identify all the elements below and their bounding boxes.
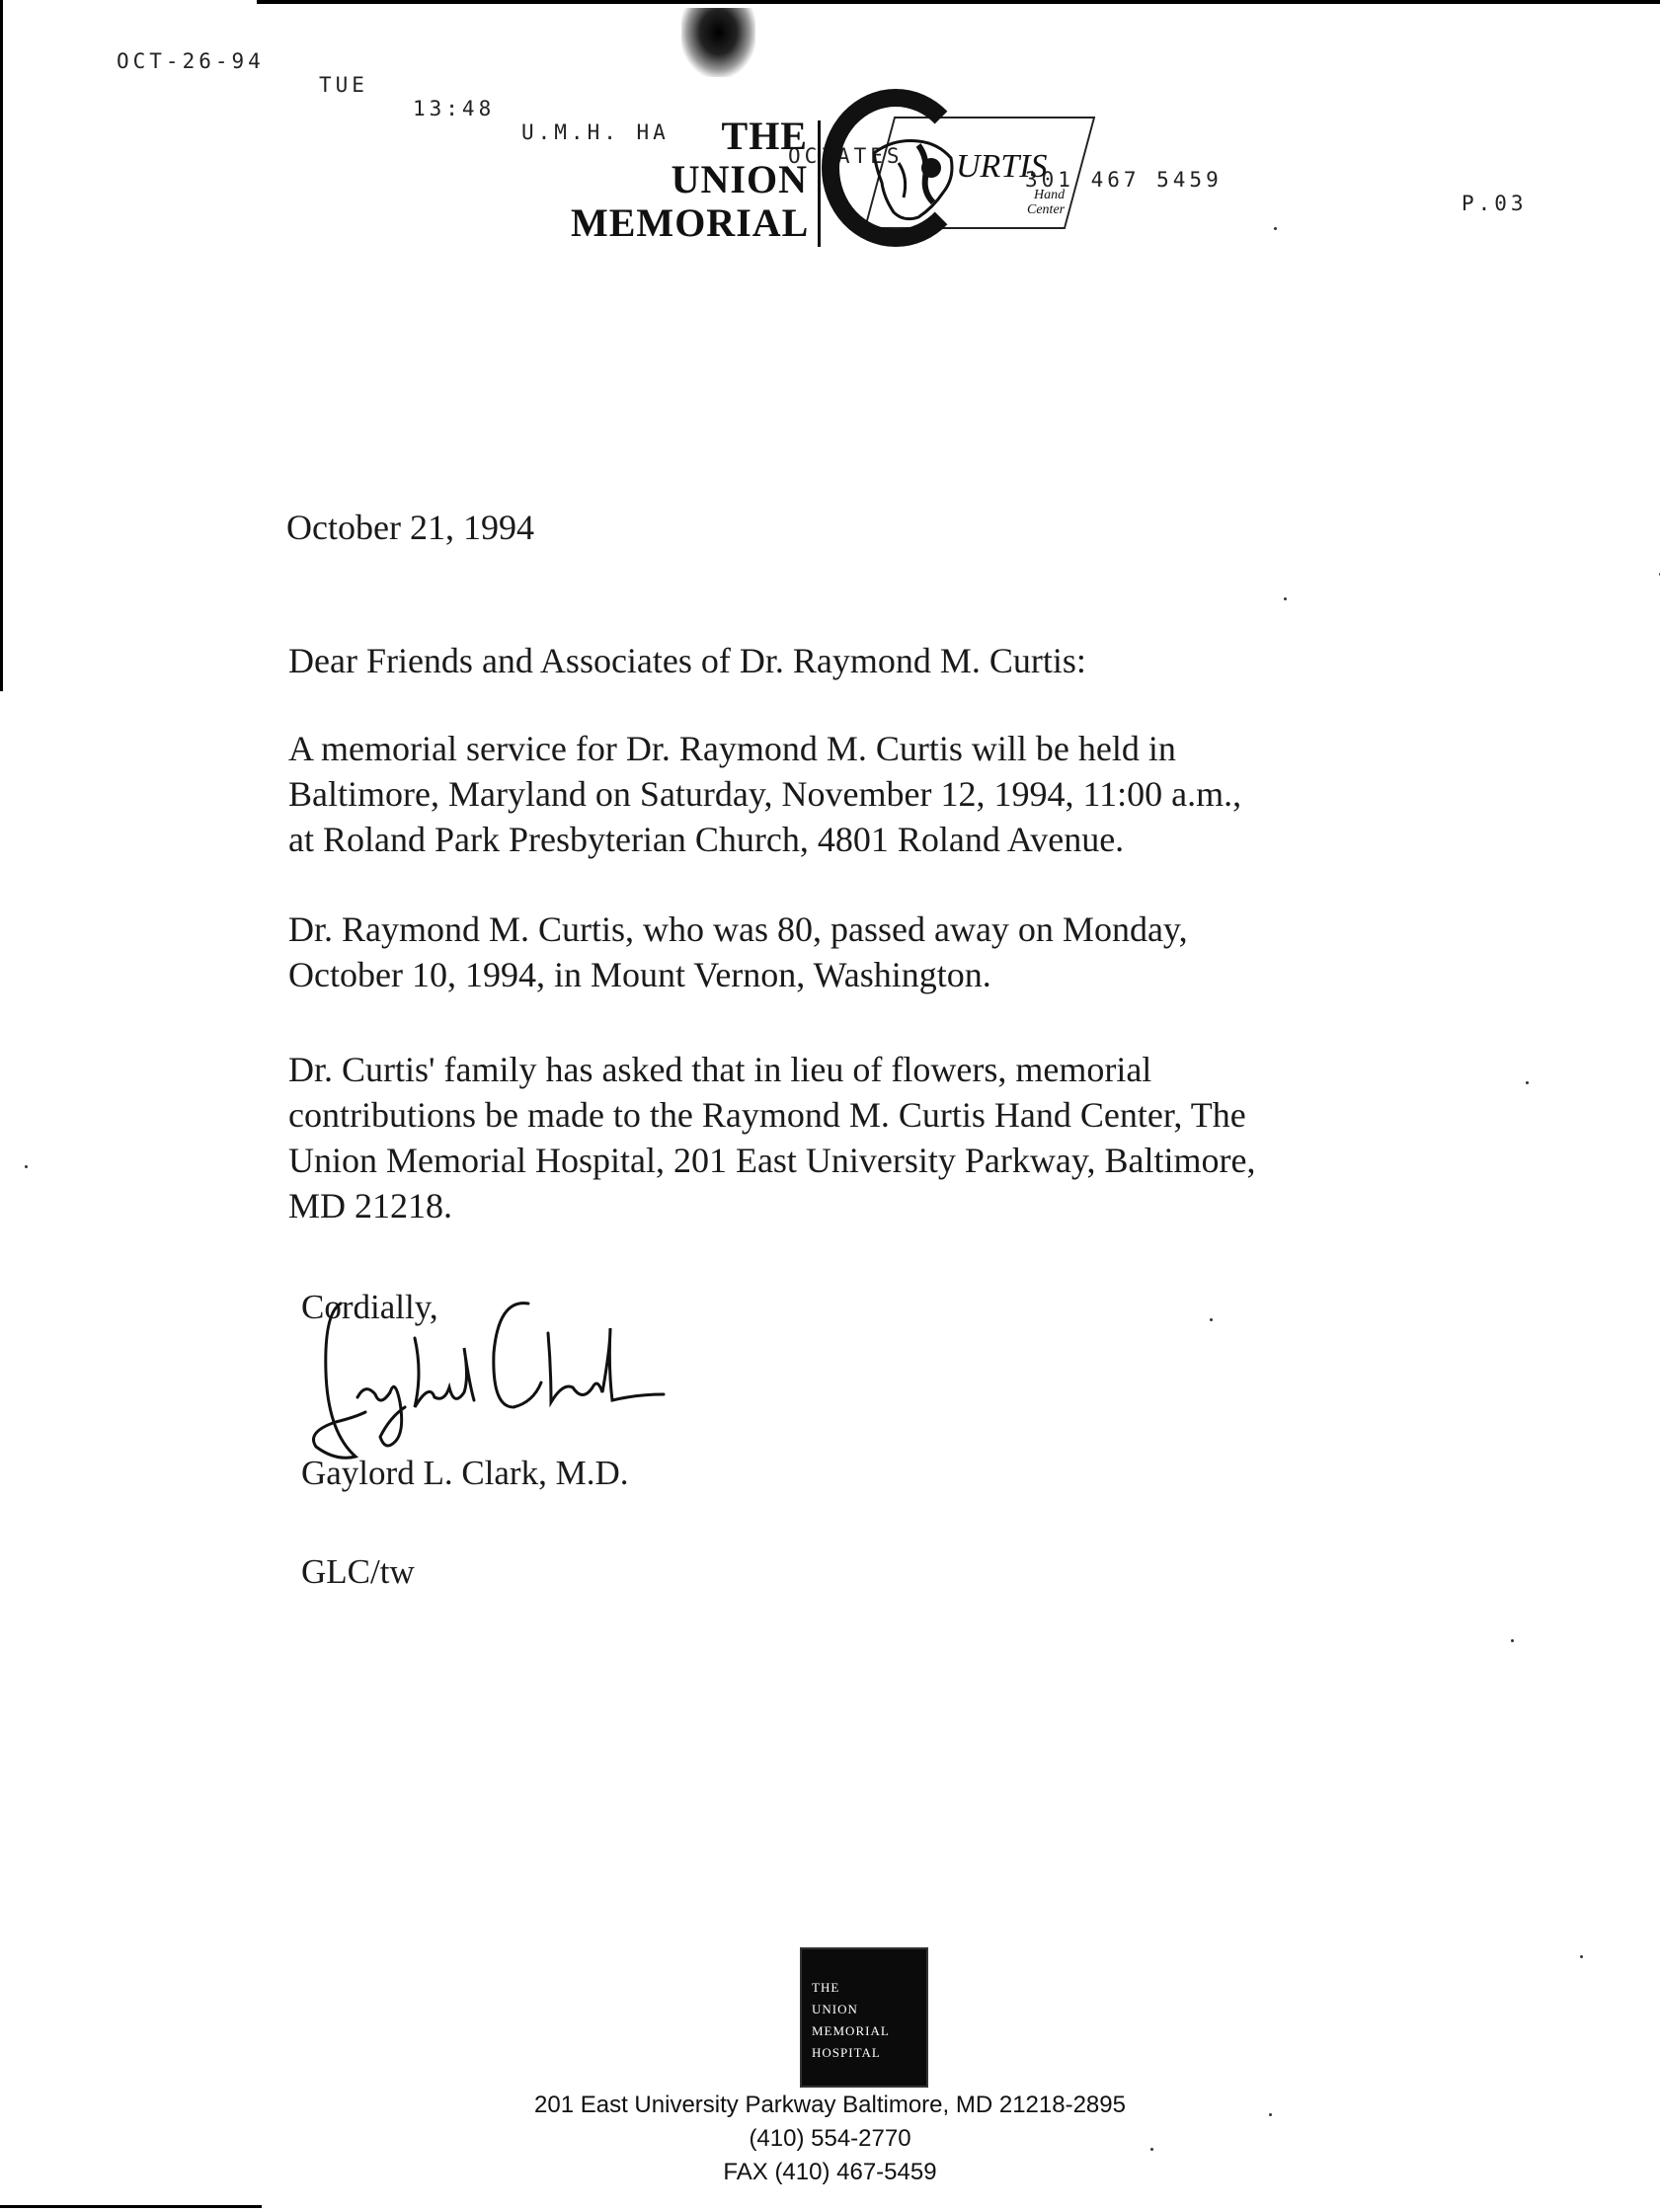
paragraph-line: Baltimore, Maryland on Saturday, Novembe…: [288, 771, 1384, 817]
paragraph-passing: Dr. Raymond M. Curtis, who was 80, passe…: [288, 907, 1384, 997]
scan-speck: [1511, 1639, 1514, 1642]
footer-fax: FAX (410) 467-5459: [0, 2159, 1660, 2186]
scan-left-edge: [0, 0, 3, 691]
scan-speck: [1269, 2113, 1272, 2116]
letter-date: October 21, 1994: [286, 504, 534, 551]
footer-logo-line: The: [802, 1977, 926, 1999]
scan-speck: [1274, 227, 1277, 230]
scan-speck: [1284, 597, 1287, 600]
fax-time: 13:48: [413, 97, 495, 120]
fax-smudge: [681, 8, 755, 77]
scan-speck: [1526, 1081, 1529, 1084]
logo-divider: [818, 120, 821, 247]
paragraph-line: October 10, 1994, in Mount Vernon, Washi…: [288, 952, 1384, 997]
logo-line: MEMORIAL: [571, 201, 808, 245]
union-memorial-hospital-logo: The Union Memorial Hospital: [800, 1947, 928, 2088]
footer-phone: (410) 554-2770: [0, 2125, 1660, 2153]
scan-speck: [1580, 1955, 1583, 1958]
fax-page: P.03: [1462, 192, 1528, 215]
hand-icon: [864, 123, 958, 232]
footer-logo-line: Union: [802, 1999, 926, 2020]
fax-day: TUE: [319, 73, 368, 97]
footer-logo-line: Memorial: [802, 2020, 926, 2042]
reference-initials: GLC/tw: [301, 1548, 415, 1596]
paragraph-line: at Roland Park Presbyterian Church, 4801…: [288, 817, 1384, 862]
logo-line: THE: [571, 115, 808, 158]
union-memorial-logo: THE UNION MEMORIAL: [571, 115, 808, 245]
paragraph-memorial-service: A memorial service for Dr. Raymond M. Cu…: [288, 726, 1384, 862]
scan-speck: [25, 1165, 28, 1168]
curtis-sub-line: Center: [1027, 202, 1065, 217]
signer-name: Gaylord L. Clark, M.D.: [301, 1450, 628, 1497]
paragraph-line: A memorial service for Dr. Raymond M. Cu…: [288, 726, 1384, 771]
paragraph-line: contributions be made to the Raymond M. …: [288, 1092, 1384, 1138]
paragraph-line: MD 21218.: [288, 1183, 1384, 1228]
paragraph-contributions: Dr. Curtis' family has asked that in lie…: [288, 1047, 1384, 1228]
logo-line: UNION: [571, 158, 808, 201]
paragraph-line: Dr. Curtis' family has asked that in lie…: [288, 1047, 1384, 1092]
curtis-subtitle: Hand Center: [1027, 188, 1065, 217]
fax-date: OCT-26-94: [117, 49, 265, 73]
scan-bottom-edge: [0, 2205, 262, 2208]
curtis-sub-line: Hand: [1027, 188, 1065, 202]
fax-header: OCT-26-94 TUE 13:48 U.M.H. HA OCIATES 30…: [117, 26, 149, 215]
footer-logo-line: Hospital: [802, 2042, 926, 2064]
curtis-wordmark: URTIS: [956, 148, 1048, 186]
scan-top-edge: [257, 0, 1660, 4]
salutation: Dear Friends and Associates of Dr. Raymo…: [288, 637, 1086, 684]
footer-address: 201 East University Parkway Baltimore, M…: [0, 2092, 1660, 2119]
scan-speck: [1150, 2148, 1153, 2151]
paragraph-line: Union Memorial Hospital, 201 East Univer…: [288, 1138, 1384, 1183]
scan-speck: [1210, 1318, 1213, 1321]
paragraph-line: Dr. Raymond M. Curtis, who was 80, passe…: [288, 907, 1384, 952]
